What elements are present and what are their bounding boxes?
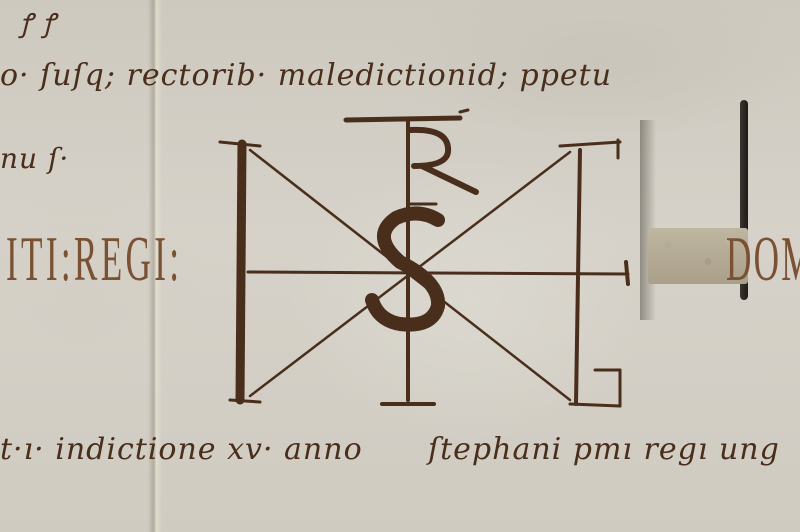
parchment-photo: ꝭ ꝭ o· ſuſq; rectorib· maledictionid; pp… <box>0 0 800 532</box>
abbreviation-marks: ꝭ ꝭ <box>20 4 56 40</box>
text-line-bottom-left: t·ı· indictione xv· anno <box>0 432 363 467</box>
text-line-bottom-right: ſtephani pmı regı ung <box>428 432 780 467</box>
text-line-second: nu ſ· <box>0 142 69 175</box>
elongated-letters-left: ITI:REGI: <box>6 222 182 296</box>
royal-monogram <box>210 100 650 420</box>
elongated-letters-right: DOM <box>726 222 800 296</box>
text-line-upper: o· ſuſq; rectorib· maledictionid; ppetu <box>0 58 612 93</box>
